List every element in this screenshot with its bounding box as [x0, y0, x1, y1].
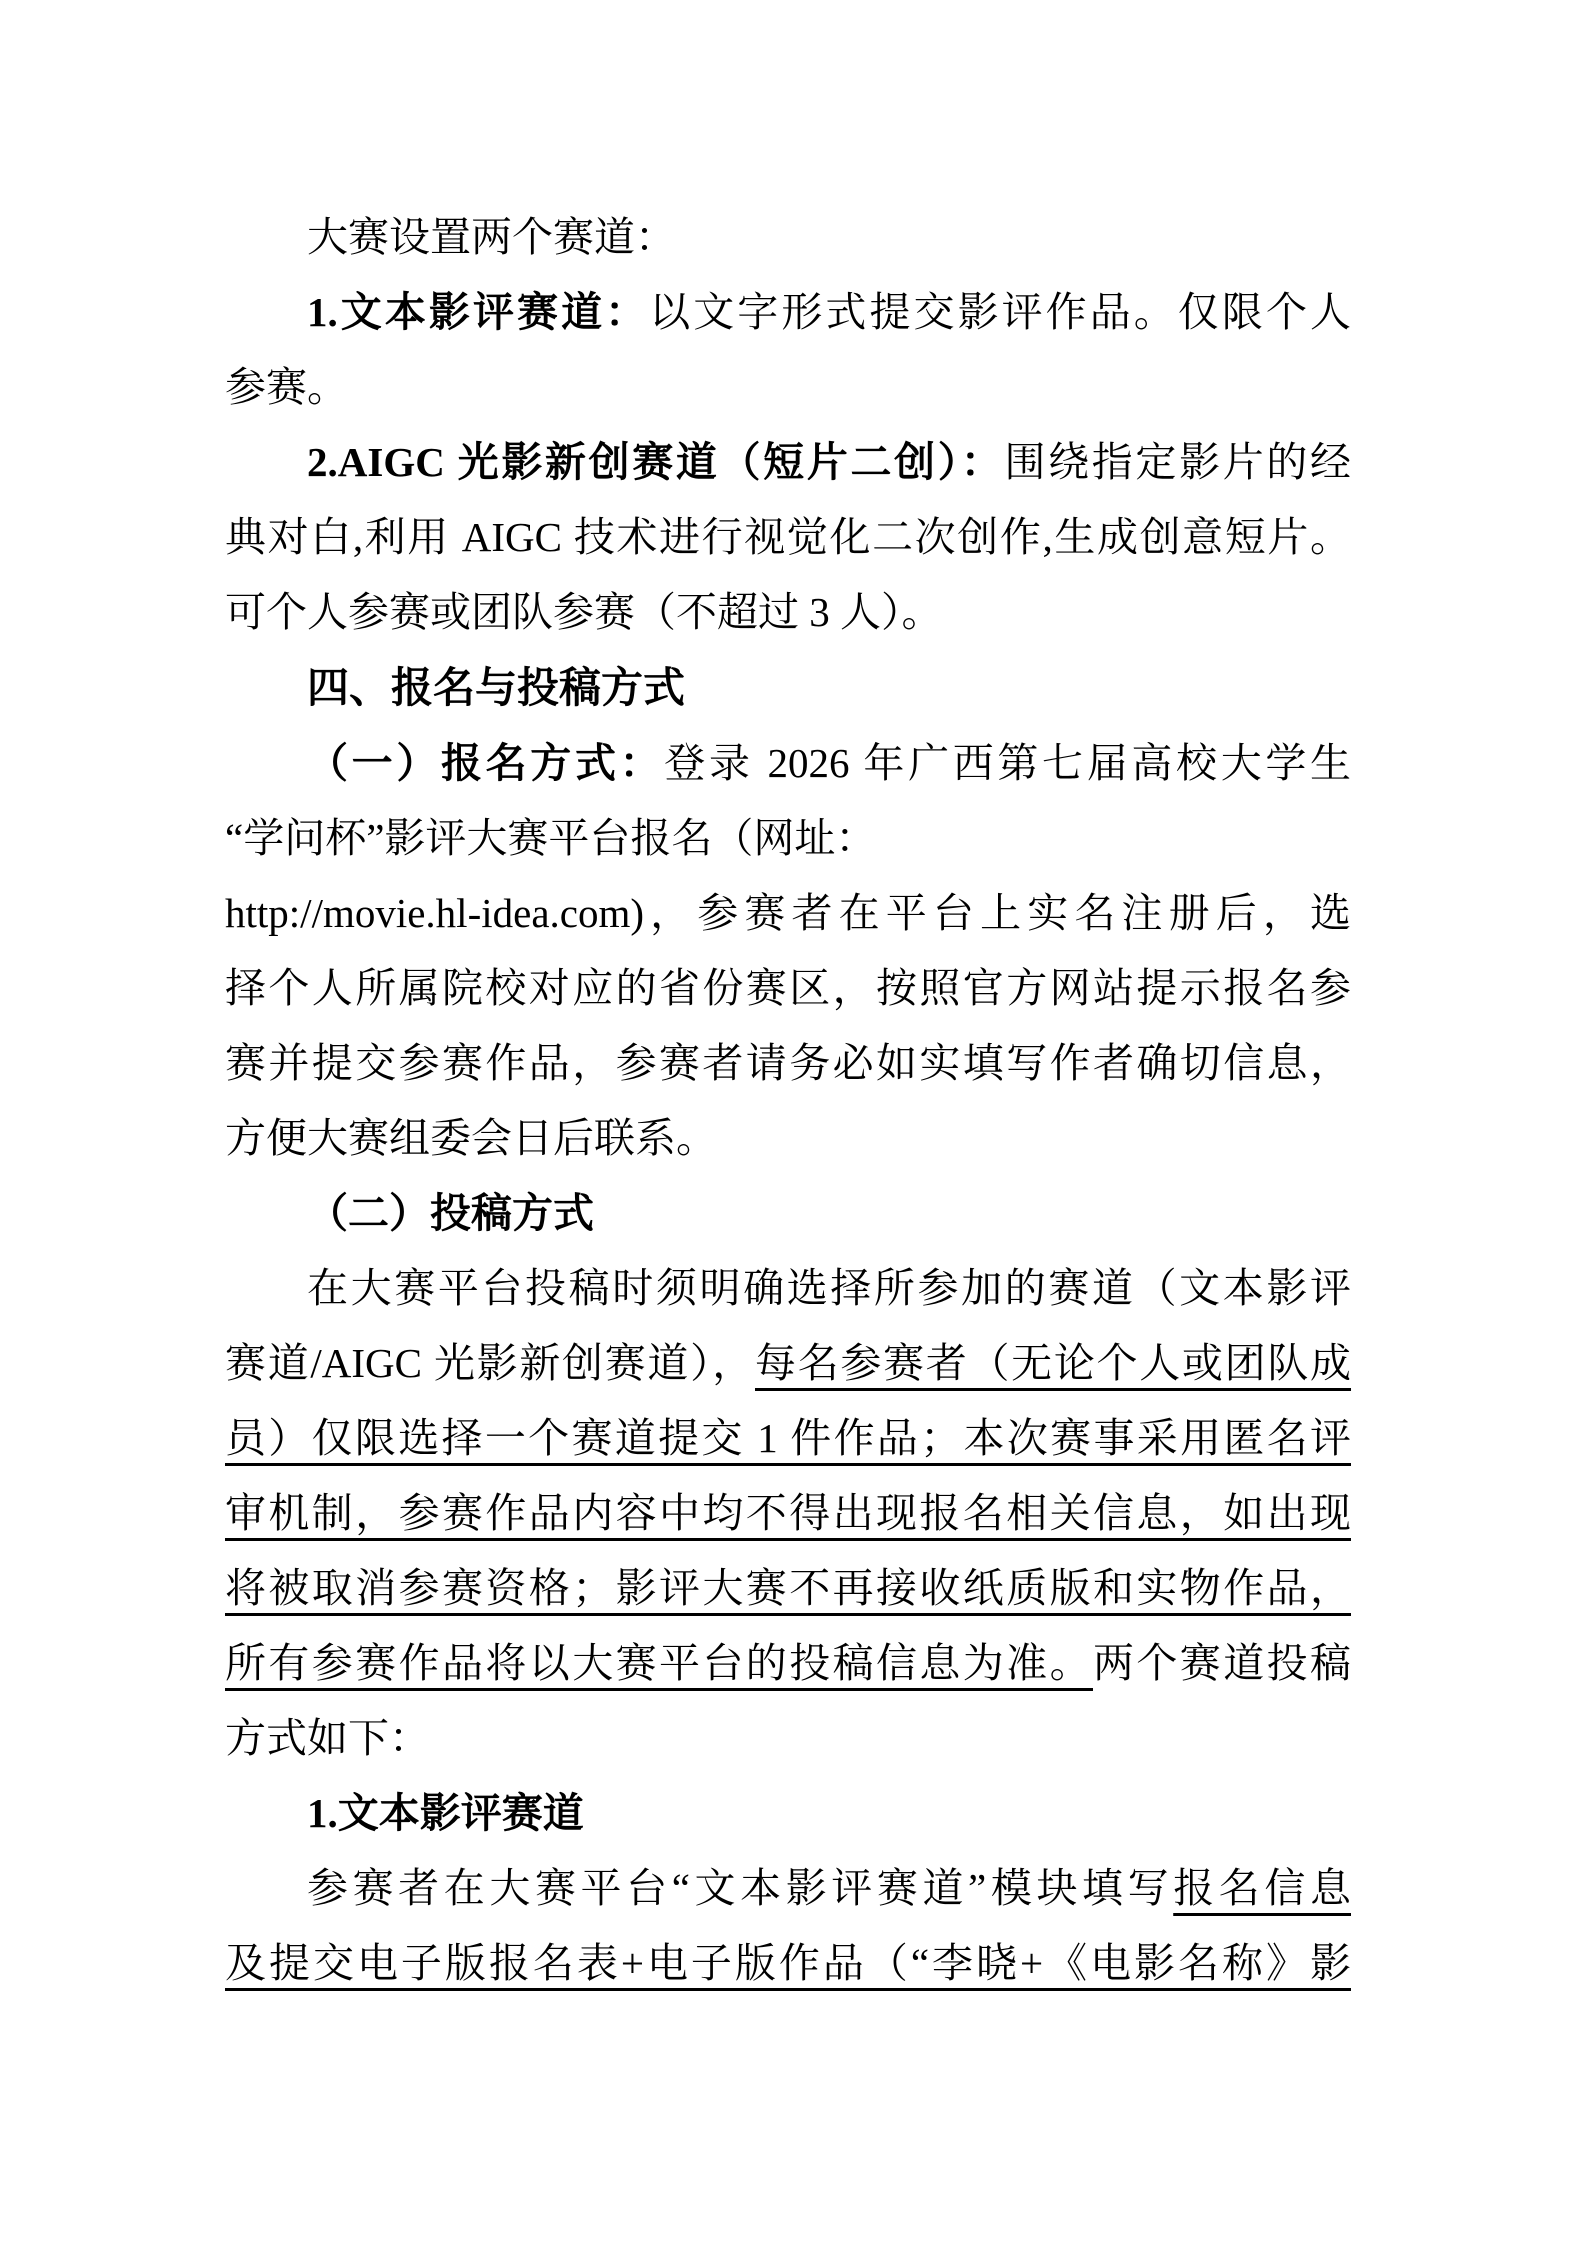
text-run: 大赛设置两个赛道：: [307, 214, 676, 260]
submission-rules-line-1: 在大赛平台投稿时须明确选择所参加的赛道（文本影评: [225, 1251, 1351, 1326]
bold-text-run: 1.文本影评赛道: [307, 1790, 584, 1836]
submission-method-heading: （二）投稿方式: [225, 1176, 1351, 1251]
submission-rules-line-7: 方式如下：: [225, 1701, 1351, 1776]
text-run: 在大赛平台投稿时须明确选择所参加的赛道（文本影评: [307, 1265, 1351, 1311]
submission-rules-line-3: 员）仅限选择一个赛道提交 1 件作品；本次赛事采用匿名评: [225, 1401, 1351, 1476]
track-2-definition: 2.AIGC 光影新创赛道（短片二创）：围绕指定影片的经: [225, 425, 1351, 500]
track-1-definition: 1.文本影评赛道：以文字形式提交影评作品。仅限个人: [225, 275, 1351, 350]
track-1-submission-line-1: 参赛者在大赛平台“文本影评赛道”模块填写报名信息: [225, 1851, 1351, 1926]
underlined-text-run: 审机制，参赛作品内容中均不得出现报名相关信息，如出现: [225, 1490, 1351, 1536]
text-run: 参赛。: [225, 364, 348, 410]
text-run: 典对白,利用 AIGC 技术进行视觉化二次创作,生成创意短片。: [225, 514, 1351, 560]
track-1-submission-line-2: 及提交电子版报名表+电子版作品（“李晓+《电影名称》影: [225, 1926, 1351, 2001]
registration-method-line-4: 择个人所属院校对应的省份赛区，按照官方网站提示报名参: [225, 951, 1351, 1026]
text-run: “学问杯”影评大赛平台报名（网址：: [225, 815, 876, 861]
submission-rules-line-2: 赛道/AIGC 光影新创赛道），每名参赛者（无论个人或团队成: [225, 1326, 1351, 1401]
bold-text-run: 2.AIGC 光影新创赛道（短片二创）：: [307, 439, 1005, 485]
underlined-text-run: 及提交电子版报名表+电子版作品（“李晓+《电影名称》影: [225, 1940, 1351, 1986]
bold-text-run: 1.文本影评赛道：: [307, 289, 649, 335]
text-block: 大赛设置两个赛道：1.文本影评赛道：以文字形式提交影评作品。仅限个人参赛。2.A…: [225, 200, 1351, 2001]
bold-text-run: 四、报名与投稿方式: [307, 664, 685, 711]
text-run: 方便大赛组委会日后联系。: [225, 1115, 717, 1161]
text-run: 两个赛道投稿: [1093, 1640, 1351, 1686]
track-2-definition-cont-2: 可个人参赛或团队参赛（不超过 3 人）。: [225, 575, 1351, 650]
intro-line: 大赛设置两个赛道：: [225, 200, 1351, 275]
registration-method-line-5: 赛并提交参赛作品，参赛者请务必如实填写作者确切信息，: [225, 1026, 1351, 1101]
submission-rules-line-5: 将被取消参赛资格；影评大赛不再接收纸质版和实物作品，: [225, 1551, 1351, 1626]
registration-method-line-1: （一）报名方式：登录 2026 年广西第七届高校大学生: [225, 726, 1351, 801]
registration-method-line-3: http://movie.hl-idea.com)，参赛者在平台上实名注册后，选: [225, 876, 1351, 951]
section-heading-4: 四、报名与投稿方式: [225, 650, 1351, 726]
submission-rules-line-4: 审机制，参赛作品内容中均不得出现报名相关信息，如出现: [225, 1476, 1351, 1551]
text-run: 赛并提交参赛作品，参赛者请务必如实填写作者确切信息，: [225, 1040, 1351, 1086]
underlined-text-run: 报名信息: [1173, 1865, 1351, 1911]
submission-rules-line-6: 所有参赛作品将以大赛平台的投稿信息为准。两个赛道投稿: [225, 1626, 1351, 1701]
text-run: 赛道/AIGC 光影新创赛道），: [225, 1340, 755, 1386]
track-1-submission-heading: 1.文本影评赛道: [225, 1776, 1351, 1851]
underlined-text-run: 所有参赛作品将以大赛平台的投稿信息为准。: [225, 1640, 1093, 1686]
text-run: 围绕指定影片的经: [1005, 439, 1351, 485]
text-run: 登录 2026 年广西第七届高校大学生: [664, 740, 1351, 786]
text-run: 以文字形式提交影评作品。仅限个人: [649, 289, 1351, 335]
text-run: 参赛者在大赛平台“文本影评赛道”模块填写: [307, 1865, 1173, 1911]
underlined-text-run: 每名参赛者（无论个人或团队成: [755, 1340, 1351, 1386]
bold-text-run: （一）报名方式：: [307, 740, 664, 786]
text-run: 可个人参赛或团队参赛（不超过 3 人）。: [225, 589, 943, 635]
text-run: 择个人所属院校对应的省份赛区，按照官方网站提示报名参: [225, 965, 1351, 1011]
registration-method-line-6: 方便大赛组委会日后联系。: [225, 1101, 1351, 1176]
text-run: http://movie.hl-idea.com)，参赛者在平台上实名注册后，选: [225, 890, 1351, 936]
text-run: 方式如下：: [225, 1715, 430, 1761]
document-page: 大赛设置两个赛道：1.文本影评赛道：以文字形式提交影评作品。仅限个人参赛。2.A…: [0, 0, 1587, 2245]
bold-text-run: （二）投稿方式: [307, 1190, 594, 1236]
track-1-definition-cont: 参赛。: [225, 350, 1351, 425]
track-2-definition-cont-1: 典对白,利用 AIGC 技术进行视觉化二次创作,生成创意短片。: [225, 500, 1351, 575]
registration-method-line-2: “学问杯”影评大赛平台报名（网址：: [225, 801, 1351, 876]
underlined-text-run: 将被取消参赛资格；影评大赛不再接收纸质版和实物作品，: [225, 1565, 1351, 1611]
underlined-text-run: 员）仅限选择一个赛道提交 1 件作品；本次赛事采用匿名评: [225, 1415, 1351, 1461]
